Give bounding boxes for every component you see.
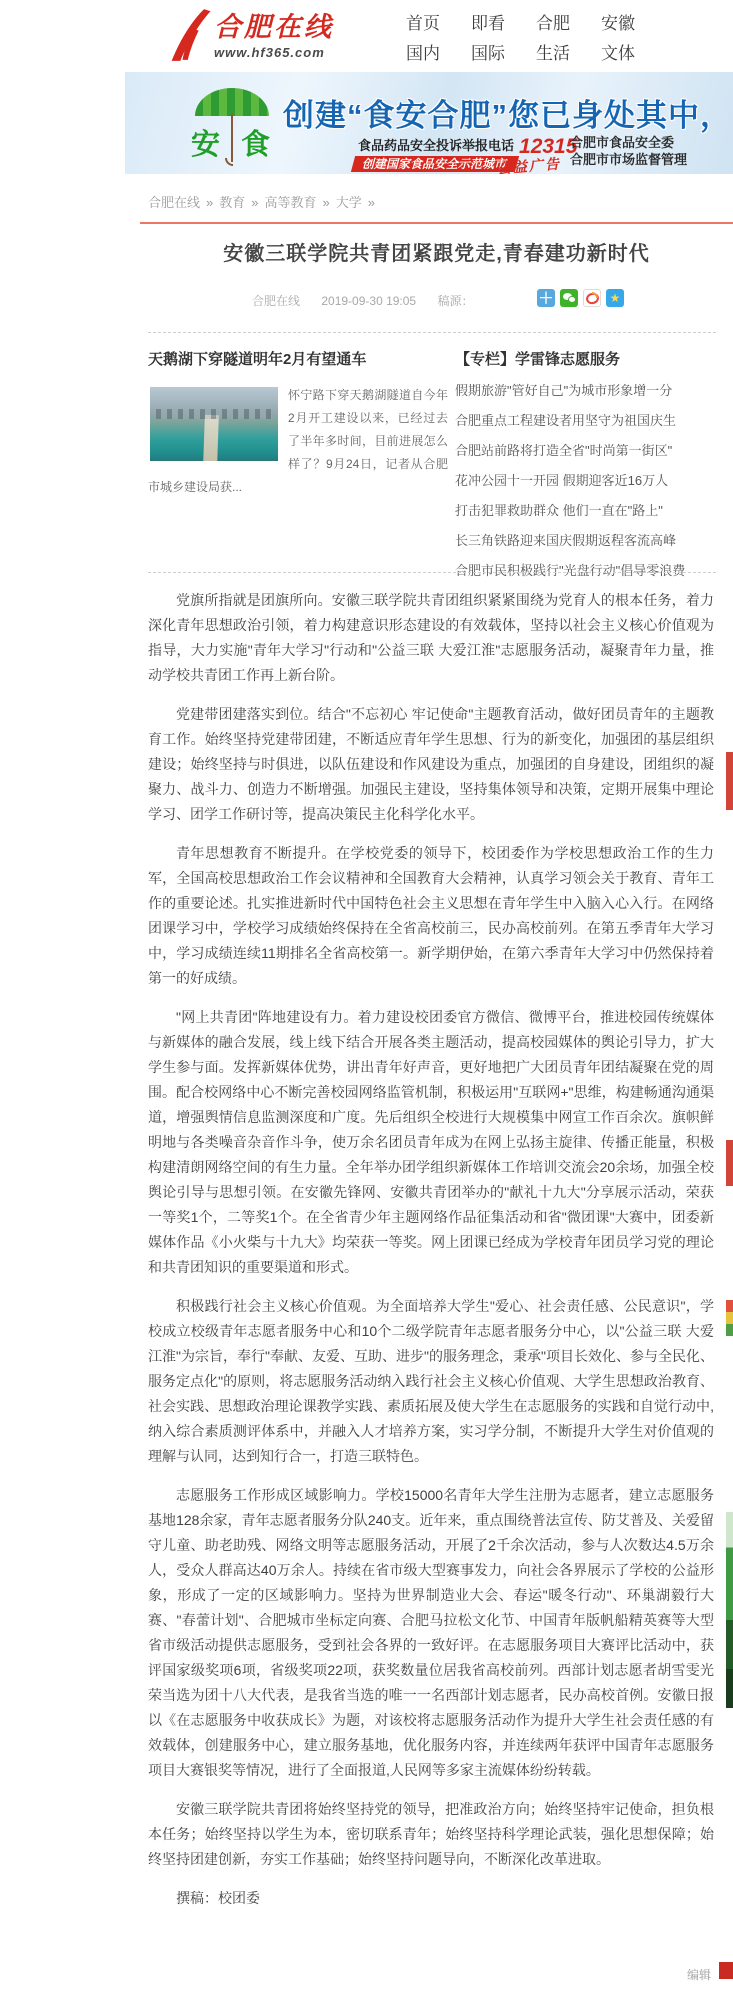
share-more-icon[interactable]: ＋ (537, 289, 555, 307)
qzone-share-icon[interactable]: ★ (606, 289, 624, 307)
column-link[interactable]: 合肥站前路将打造全省"时尚第一街区" (455, 436, 721, 466)
weibo-share-icon[interactable] (583, 289, 601, 307)
article-body: 党旗所指就是团旗所向。安徽三联学院共青团组织紧紧围绕为党育人的根本任务，着力深化… (148, 588, 714, 1925)
divider-dashed-bottom (148, 572, 716, 573)
related-news-item: 天鹅湖下穿隧道明年2月有望通车 怀宁路下穿天鹅湖隧道自今年2月开工建设以来，已经… (148, 348, 448, 499)
breadcrumb-higher-education[interactable]: 高等教育 (265, 195, 317, 210)
article-meta: 合肥在线 2019-09-30 19:05 稿源： (252, 292, 491, 309)
nav-item-home[interactable]: 首页 (406, 14, 452, 33)
volunteer-column: 【专栏】学雷锋志愿服务 假期旅游"管好自己"为城市形象增一分 合肥重点工程建设者… (455, 348, 721, 586)
logo-brush-icon (168, 8, 212, 62)
column-link[interactable]: 假期旅游"管好自己"为城市形象增一分 (455, 376, 721, 406)
umbrella-stem (231, 114, 233, 162)
nav-item-domestic[interactable]: 国内 (406, 44, 452, 63)
food-safety-banner-ad[interactable]: 安 食 创建“食安合肥”您已身处其中， 食品药品安全投诉举报电话12315 创建… (125, 72, 733, 174)
nav-item-culture[interactable]: 文体 (601, 44, 647, 63)
floating-widget-fragment (726, 1300, 733, 1336)
umbrella-hook (225, 158, 233, 166)
divider-dashed-top (148, 332, 716, 333)
site-title: 合肥在线 (214, 12, 334, 42)
title-top-rule (140, 222, 733, 224)
banner-headline: 创建“食安合肥”您已身处其中， (283, 90, 732, 135)
banner-org-line2: 合肥市市场监督管理 (570, 151, 687, 168)
breadcrumb: 合肥在线»教育»高等教育»大学» (148, 192, 381, 211)
banner-org-line1: 合肥市食品安全委 (570, 134, 687, 151)
banner-org-names: 合肥市食品安全委 合肥市市场监督管理 (570, 134, 687, 168)
site-url: www.hf365.com (214, 45, 334, 60)
column-link[interactable]: 花冲公园十一开园 假期迎客近16万人 (455, 466, 721, 496)
main-nav: 首页 即看 合肥 安徽 国内 国际 生活 文体 (406, 14, 647, 63)
article-byline: 撰稿：校团委 (148, 1886, 714, 1911)
wechat-share-icon[interactable] (560, 289, 578, 307)
umbrella-char-right: 食 (241, 122, 270, 163)
umbrella-icon (195, 88, 269, 116)
hotline-label: 食品药品安全投诉举报电话 (358, 138, 514, 153)
article-paragraph: 积极践行社会主义核心价值观。为全面培养大学生"爱心、社会责任感、公民意识"，学校… (148, 1294, 714, 1469)
breadcrumb-site[interactable]: 合肥在线 (148, 195, 200, 210)
breadcrumb-separator: » (251, 195, 258, 210)
article-paragraph: 志愿服务工作形成区域影响力。学校15000名青年大学生注册为志愿者，建立志愿服务… (148, 1483, 714, 1783)
nav-item-hefei[interactable]: 合肥 (536, 14, 582, 33)
article-paragraph: 安徽三联学院共青团将始终坚持党的领导，把准政治方向；始终坚持牢记使命，担负根本任… (148, 1797, 714, 1872)
editor-label: 编辑 (687, 1966, 711, 1983)
article-paragraph: 党旗所指就是团旗所向。安徽三联学院共青团组织紧紧围绕为党育人的根本任务，着力深化… (148, 588, 714, 688)
floating-widget-fragment (726, 1512, 733, 1708)
meta-source-site: 合肥在线 (252, 294, 300, 308)
breadcrumb-university[interactable]: 大学 (336, 195, 362, 210)
nav-item-world[interactable]: 国际 (471, 44, 517, 63)
breadcrumb-education[interactable]: 教育 (219, 195, 245, 210)
volunteer-column-header: 【专栏】学雷锋志愿服务 (455, 348, 721, 369)
floating-widget-fragment (726, 1140, 733, 1186)
article-paragraph: 青年思想教育不断提升。在学校党委的领导下，校团委作为学校思想政治工作的生力军，全… (148, 841, 714, 991)
meta-datetime: 2019-09-30 19:05 (321, 294, 416, 308)
share-toolbar: ＋ ★ (537, 289, 624, 307)
column-link[interactable]: 合肥市民积极践行"光盘行动"倡导零浪费 (455, 556, 721, 586)
column-link[interactable]: 打击犯罪救助群众 他们一直在"路上" (455, 496, 721, 526)
editor-stamp (719, 1962, 733, 1979)
article-paragraph: "网上共青团"阵地建设有力。着力建设校团委官方微信、微博平台，推进校园传统媒体与… (148, 1005, 714, 1280)
column-link[interactable]: 合肥重点工程建设者用坚守为祖国庆生 (455, 406, 721, 436)
breadcrumb-separator: » (323, 195, 330, 210)
related-news-thumbnail[interactable] (150, 387, 278, 461)
banner-ribbon: 创建国家食品安全示范城市 (351, 156, 519, 172)
news-article-page: 合肥在线 www.hf365.com 首页 即看 合肥 安徽 国内 国际 生活 … (0, 0, 733, 1999)
floating-widget-fragment (726, 752, 733, 810)
breadcrumb-separator: » (368, 195, 375, 210)
site-logo[interactable]: 合肥在线 www.hf365.com (168, 8, 334, 62)
meta-source-label: 稿源： (437, 294, 473, 308)
nav-item-life[interactable]: 生活 (536, 44, 582, 63)
nav-item-jikan[interactable]: 即看 (471, 14, 517, 33)
umbrella-char-left: 安 (191, 122, 220, 163)
column-link[interactable]: 长三角铁路迎来国庆假期返程客流高峰 (455, 526, 721, 556)
article-paragraph: 党建带团建落实到位。结合"不忘初心 牢记使命"主题教育活动，做好团员青年的主题教… (148, 702, 714, 827)
breadcrumb-separator: » (206, 195, 213, 210)
article-title: 安徽三联学院共青团紧跟党走,青春建功新时代 (140, 237, 733, 266)
related-news-title[interactable]: 天鹅湖下穿隧道明年2月有望通车 (148, 348, 448, 369)
nav-item-anhui[interactable]: 安徽 (601, 14, 647, 33)
